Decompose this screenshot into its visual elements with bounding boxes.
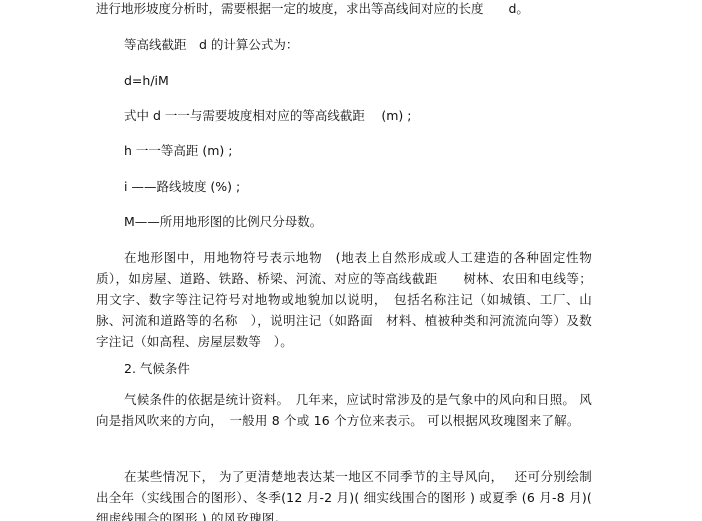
text-line-def-i: i ——路线坡度 (%) ; [124, 178, 624, 195]
text-line-slope-analysis: 进行地形坡度分析时，需要根据一定的坡度，求出等高线间对应的长度 d。 [96, 0, 596, 17]
text-line-def-h: h 一一等高距 (m) ; [124, 142, 624, 159]
document-page: 进行地形坡度分析时，需要根据一定的坡度，求出等高线间对应的长度 d。 等高线截距… [0, 0, 702, 521]
text-line-def-d: 式中 d 一一与需要坡度相对应的等高线截距 (m) ; [124, 107, 624, 124]
text-line-def-m: M——所用地形图的比例尺分母数。 [124, 213, 624, 230]
paragraph-map-symbols: 在地形图中，用地物符号表示地物 (地表上自然形成或人工建造的各种固定性物质），如… [96, 247, 592, 352]
paragraph-wind-rose: 在某些情况下， 为了更清楚地表达某一地区不同季节的主导风向， 还可分别绘制出全年… [96, 466, 592, 521]
text-line-formula-intro: 等高线截距 d 的计算公式为： [124, 36, 624, 53]
formula: d=h/iM [124, 72, 624, 89]
paragraph-climate: 气候条件的依据是统计资料。 几年来，应试时常涉及的是气象中的风向和日照。 风向是… [96, 389, 592, 431]
section-heading-climate: 2. 气候条件 [124, 360, 190, 377]
